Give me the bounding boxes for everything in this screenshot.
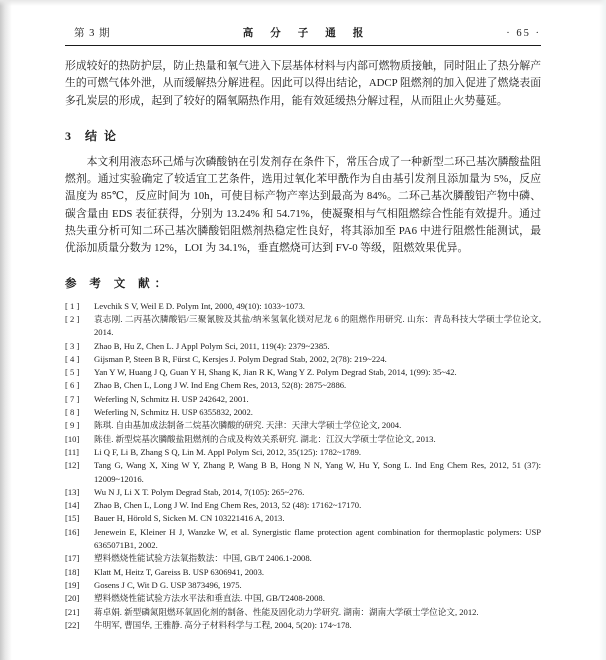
reference-item: [ 4 ]Gijsman P, Steen B R, Fürst C, Kers… [65,353,541,366]
reference-text: Gosens J C, Wit D G. USP 3873496, 1975. [94,579,541,592]
references-list: [ 1 ]Levchik S V, Weil E D. Polym Int, 2… [65,300,541,632]
reference-text: Weferling N, Schmitz H. USP 6355832, 200… [94,406,541,419]
reference-number: [ 5 ] [65,366,94,379]
reference-item: [ 5 ]Yan Y W, Huang J Q, Guan Y H, Shang… [65,366,541,379]
reference-number: [21] [65,606,94,619]
references-heading: 参 考 文 献： [65,275,541,291]
reference-text: Wu N J, Li X T. Polym Degrad Stab, 2014,… [94,486,541,499]
reference-number: [15] [65,512,94,525]
running-head: 第 3 期 高分子通报 · 65 · [65,25,541,40]
reference-text: Weferling N, Schmitz H. USP 242642, 2001… [94,393,541,406]
reference-text: Bauer H, Hörold S, Sicken M. CN 10322141… [94,512,541,525]
reference-item: [19]Gosens J C, Wit D G. USP 3873496, 19… [65,579,541,592]
reference-item: [13]Wu N J, Li X T. Polym Degrad Stab, 2… [65,486,541,499]
reference-number: [ 3 ] [65,340,94,353]
reference-text: Zhao B, Chen L, Long J W. Ind Eng Chem R… [94,379,541,392]
reference-text: Jenewein E, Kleiner H J, Wanzke W, et al… [94,526,541,553]
reference-number: [19] [65,579,94,592]
reference-item: [16]Jenewein E, Kleiner H J, Wanzke W, e… [65,526,541,553]
reference-text: 蒋卓娟. 新型磷氮阻燃环氧固化剂的制备、性能及固化动力学研究. 湖南：湖南大学硕… [94,606,541,619]
reference-number: [14] [65,499,94,512]
reference-number: [22] [65,619,94,632]
reference-number: [12] [65,459,94,486]
reference-item: [12]Tang G, Wang X, Xing W Y, Zhang P, W… [65,459,541,486]
body-paragraph-continuation: 形成较好的热防护层，防止热量和氧气进入下层基体材料与内部可燃物质接触，同时阻止了… [65,58,541,110]
page-content: 第 3 期 高分子通报 · 65 · 形成较好的热防护层，防止热量和氧气进入下层… [0,0,606,632]
reference-number: [17] [65,552,94,565]
reference-item: [ 3 ]Zhao B, Hu Z, Chen L. J Appl Polym … [65,340,541,353]
reference-item: [17]塑料燃烧性能试验方法氧指数法：中国, GB/T 2406.1-2008. [65,552,541,565]
reference-item: [20]塑料燃烧性能试验方法水平法和垂直法. 中国, GB/T2408-2008… [65,592,541,605]
reference-text: 陈佳. 新型烷基次膦酸盐阻燃剂的合成及构效关系研究. 湖北：江汉大学硕士学位论文… [94,433,541,446]
page-number: · 65 · [506,28,541,39]
reference-item: [ 6 ]Zhao B, Chen L, Long J W. Ind Eng C… [65,379,541,392]
reference-item: [ 2 ]袁志刚. 二丙基次膦酸铝/三聚氰胺及其盐/纳米氢氧化镁对尼龙 6 的阻… [65,313,541,340]
scanned-paper-page: 第 3 期 高分子通报 · 65 · 形成较好的热防护层，防止热量和氧气进入下层… [0,0,606,660]
reference-text: Tang G, Wang X, Xing W Y, Zhang P, Wang … [94,459,541,486]
reference-text: 袁志刚. 二丙基次膦酸铝/三聚氰胺及其盐/纳米氢氧化镁对尼龙 6 的阻燃作用研究… [94,313,541,340]
reference-text: Klatt M, Heitz T, Gareiss B. USP 6306941… [94,566,541,579]
reference-number: [13] [65,486,94,499]
reference-number: [20] [65,592,94,605]
reference-item: [ 8 ]Weferling N, Schmitz H. USP 6355832… [65,406,541,419]
reference-text: 塑料燃烧性能试验方法水平法和垂直法. 中国, GB/T2408-2008. [94,592,541,605]
reference-text: Zhao B, Hu Z, Chen L. J Appl Polym Sci, … [94,340,541,353]
journal-title: 高分子通报 [226,25,381,40]
reference-number: [16] [65,526,94,553]
reference-item: [10]陈佳. 新型烷基次膦酸盐阻燃剂的合成及构效关系研究. 湖北：江汉大学硕士… [65,433,541,446]
conclusion-paragraph: 本文利用液态环己烯与次磷酸钠在引发剂存在条件下，常压合成了一种新型二环己基次膦酸… [65,154,541,258]
reference-item: [ 1 ]Levchik S V, Weil E D. Polym Int, 2… [65,300,541,313]
reference-text: 牛明军, 曹国华, 王雅静. 高分子材料科学与工程, 2004, 5(20): … [94,619,541,632]
reference-item: [21]蒋卓娟. 新型磷氮阻燃环氧固化剂的制备、性能及固化动力学研究. 湖南：湖… [65,606,541,619]
reference-number: [ 6 ] [65,379,94,392]
reference-number: [ 9 ] [65,419,94,432]
reference-number: [ 2 ] [65,313,94,340]
issue-number: 第 3 期 [65,25,111,40]
reference-item: [18]Klatt M, Heitz T, Gareiss B. USP 630… [65,566,541,579]
reference-text: Zhao B, Chen L, Long J W. Ind Eng Chem R… [94,499,541,512]
reference-text: Li Q F, Li B, Zhang S Q, Lin M. Appl Pol… [94,446,541,459]
reference-item: [14]Zhao B, Chen L, Long J W. Ind Eng Ch… [65,499,541,512]
reference-number: [ 7 ] [65,393,94,406]
reference-item: [15]Bauer H, Hörold S, Sicken M. CN 1032… [65,512,541,525]
reference-item: [11]Li Q F, Li B, Zhang S Q, Lin M. Appl… [65,446,541,459]
reference-text: Yan Y W, Huang J Q, Guan Y H, Shang K, J… [94,366,541,379]
section-number: 3 [65,129,71,143]
header-rule [65,45,541,46]
reference-text: Gijsman P, Steen B R, Fürst C, Kersjes J… [94,353,541,366]
reference-text: 塑料燃烧性能试验方法氧指数法：中国, GB/T 2406.1-2008. [94,552,541,565]
reference-number: [ 8 ] [65,406,94,419]
reference-item: [22]牛明军, 曹国华, 王雅静. 高分子材料科学与工程, 2004, 5(2… [65,619,541,632]
reference-number: [18] [65,566,94,579]
reference-number: [ 4 ] [65,353,94,366]
reference-number: [11] [65,446,94,459]
reference-item: [ 7 ]Weferling N, Schmitz H. USP 242642,… [65,393,541,406]
reference-number: [10] [65,433,94,446]
reference-text: Levchik S V, Weil E D. Polym Int, 2000, … [94,300,541,313]
section-heading: 3结 论 [65,127,541,144]
reference-item: [ 9 ]陈琪. 自由基加成法制备二烷基次膦酸的研究. 天津：天津大学硕士学位论… [65,419,541,432]
reference-number: [ 1 ] [65,300,94,313]
section-title: 结 论 [85,129,118,143]
reference-text: 陈琪. 自由基加成法制备二烷基次膦酸的研究. 天津：天津大学硕士学位论文, 20… [94,419,541,432]
